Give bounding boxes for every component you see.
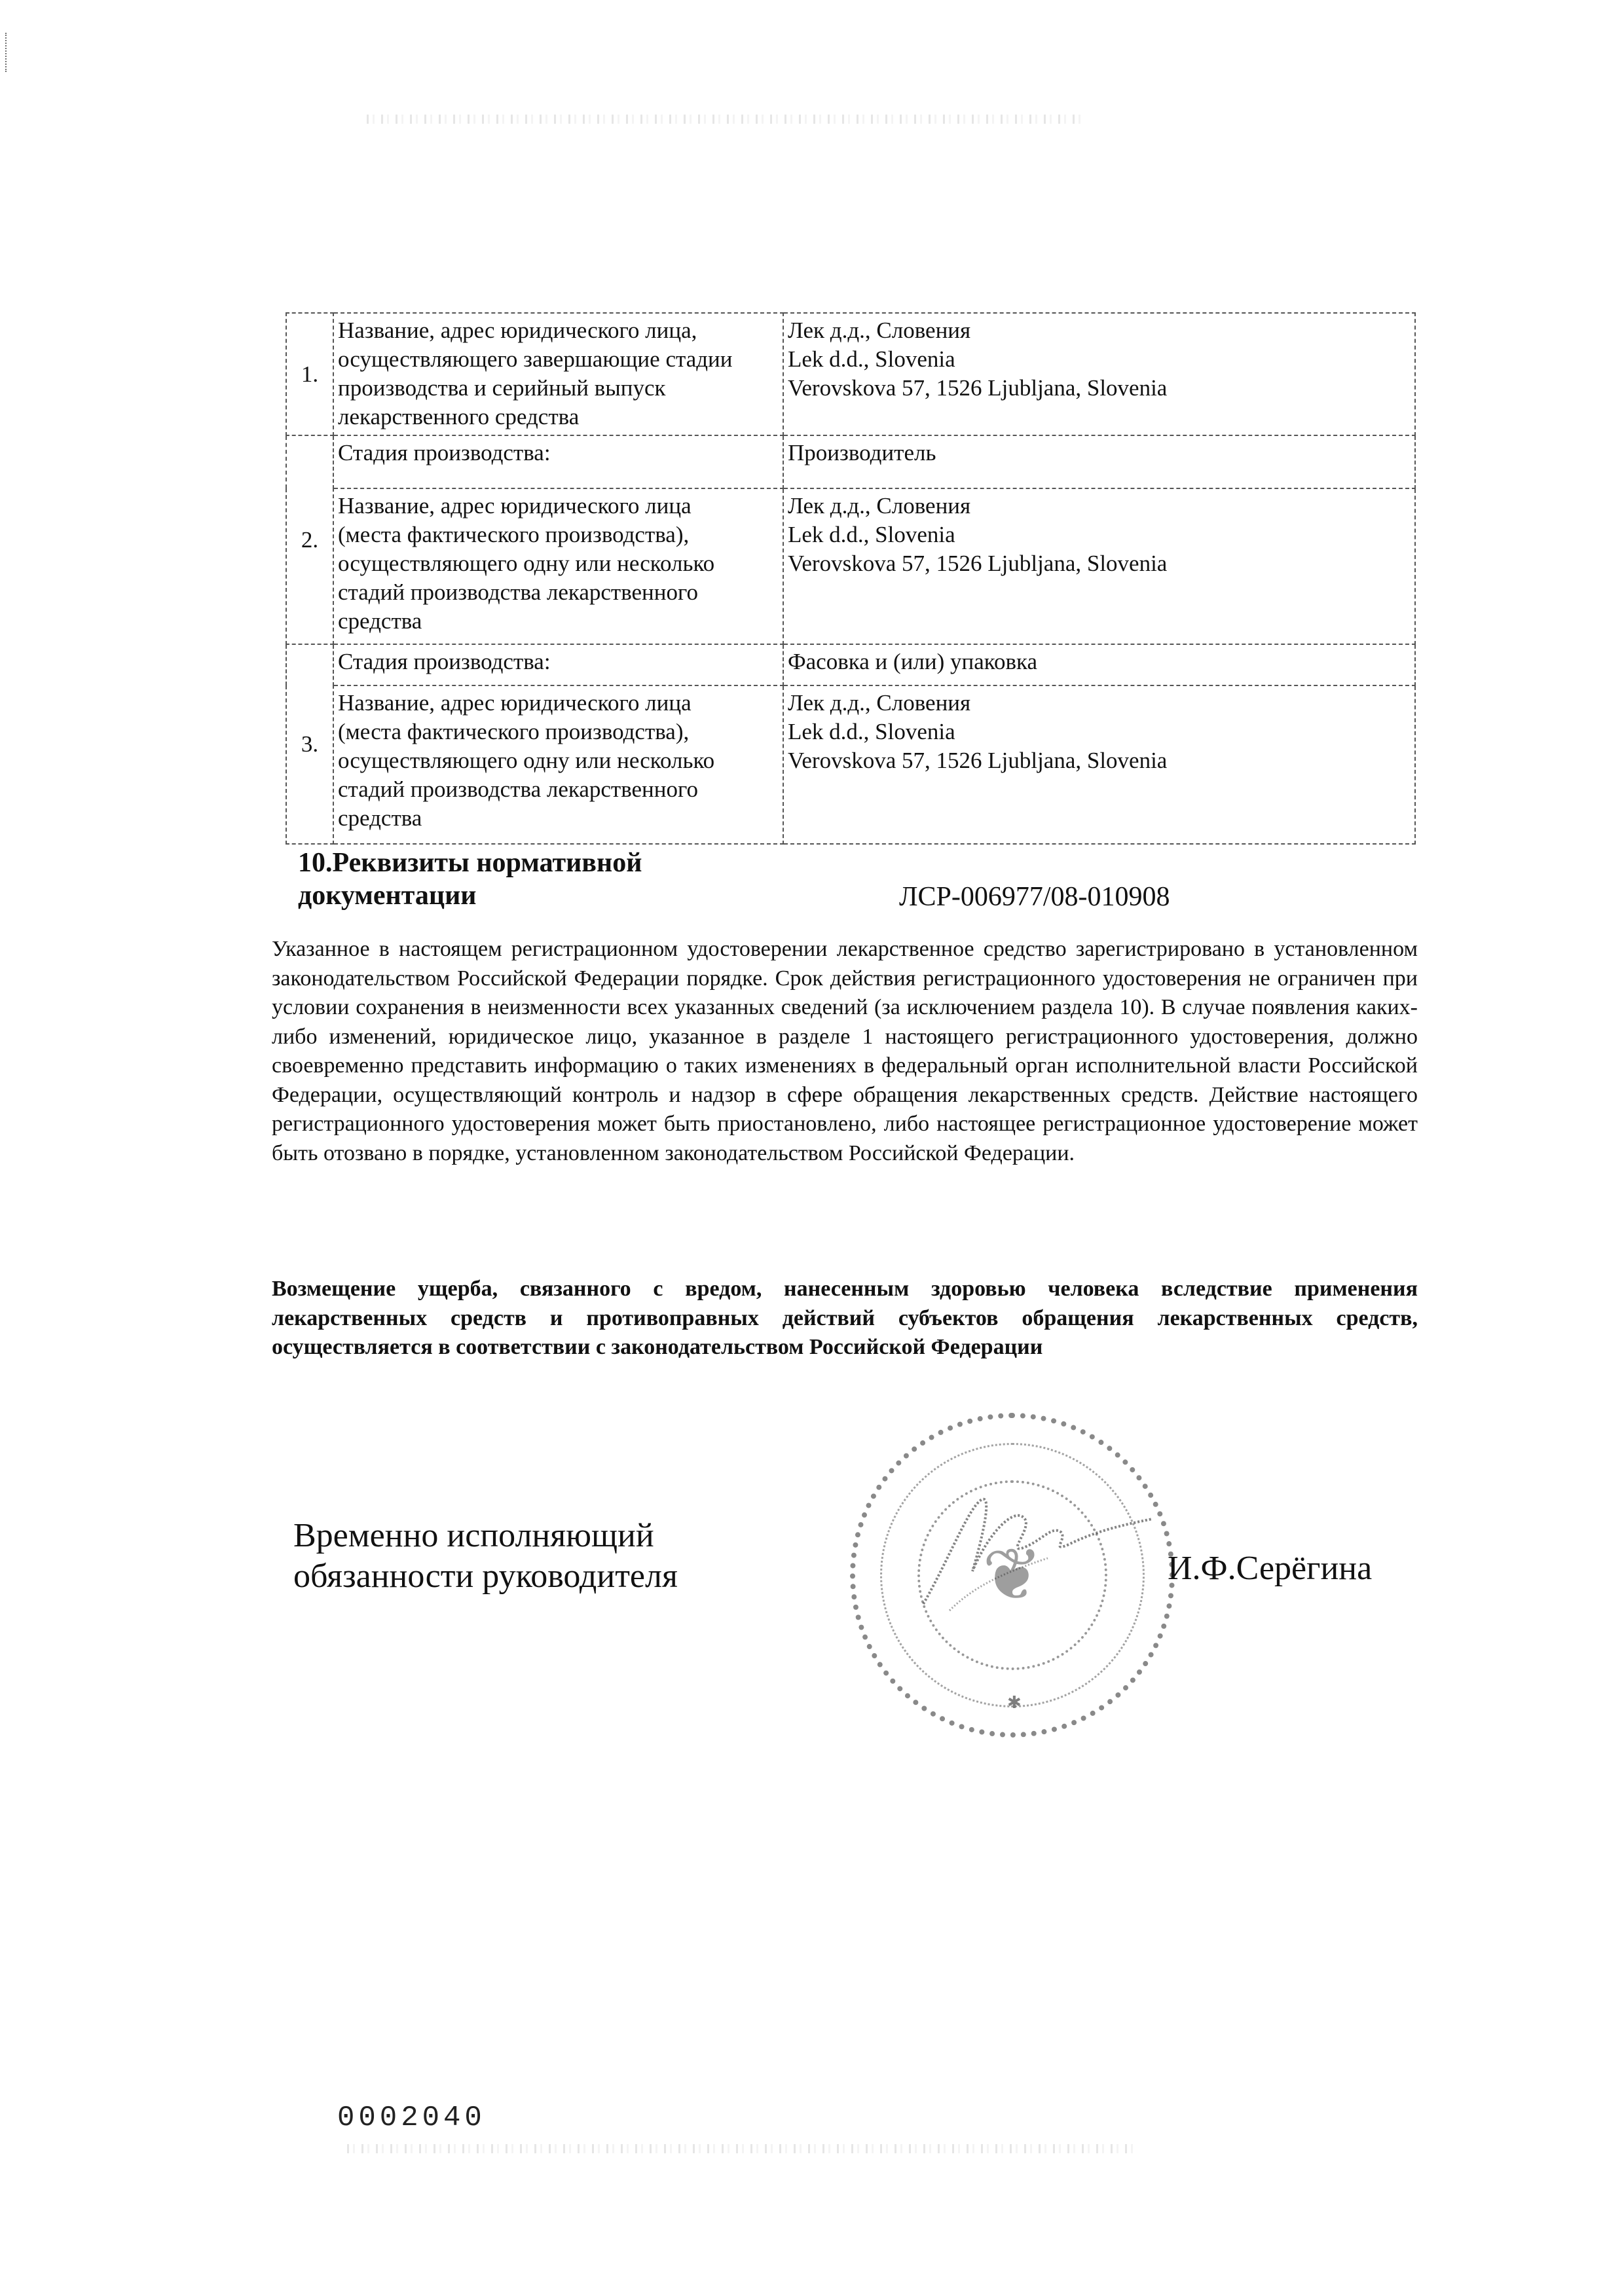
label-line: (места фактического производства), — [338, 520, 780, 549]
scan-artifact-corner — [5, 33, 13, 72]
label-line: производства и серийный выпуск — [338, 374, 780, 403]
table-row-3-stage: 3. Стадия производства: Фасовка и (или) … — [286, 644, 1415, 685]
scan-noise-top — [367, 115, 1087, 124]
stage-label: Стадия производства: — [333, 435, 783, 488]
table-row-1: 1. Название, адрес юридического лица, ос… — [286, 313, 1415, 435]
row-label: Название, адрес юридического лица (места… — [333, 488, 783, 644]
signatory-role-line: Временно исполняющий — [293, 1516, 678, 1556]
stage-value: Производитель — [783, 435, 1415, 488]
label-line: средства — [338, 804, 780, 833]
stamp-star-icon: ✱ — [1007, 1693, 1022, 1713]
table-row-3: Название, адрес юридического лица (места… — [286, 685, 1415, 844]
label-line: стадий производства лекарственного — [338, 578, 780, 607]
value-line: Verovskova 57, 1526 Ljubljana, Slovenia — [788, 746, 1412, 775]
row-number: 2. — [286, 435, 333, 644]
section-10-heading-line: документации — [298, 879, 642, 912]
row-label: Название, адрес юридического лица (места… — [333, 685, 783, 844]
stage-value: Фасовка и (или) упаковка — [783, 644, 1415, 685]
row-value: Лек д.д., Словения Lek d.d., Slovenia Ve… — [783, 313, 1415, 435]
handwritten-signature-icon — [910, 1480, 1159, 1624]
normative-document-number: ЛСР-006977/08-010908 — [899, 881, 1170, 913]
signatory-role: Временно исполняющий обязанности руковод… — [293, 1516, 678, 1597]
label-line: (места фактического производства), — [338, 718, 780, 746]
row-number: 3. — [286, 644, 333, 844]
table-row-2-stage: 2. Стадия производства: Производитель — [286, 435, 1415, 488]
value-line: Лек д.д., Словения — [788, 689, 1412, 718]
label-line: средства — [338, 607, 780, 636]
document-serial-number: 0002040 — [337, 2102, 486, 2134]
label-line: Название, адрес юридического лица — [338, 689, 780, 718]
value-line: Lek d.d., Slovenia — [788, 718, 1412, 746]
label-line: осуществляющего одну или несколько — [338, 746, 780, 775]
row-label: Название, адрес юридического лица, осуще… — [333, 313, 783, 435]
table-row-2: Название, адрес юридического лица (места… — [286, 488, 1415, 644]
value-line: Verovskova 57, 1526 Ljubljana, Slovenia — [788, 374, 1412, 403]
manufacturers-table: 1. Название, адрес юридического лица, ос… — [286, 312, 1416, 845]
label-line: осуществляющего одну или несколько — [338, 549, 780, 578]
signatory-role-line: обязанности руководителя — [293, 1556, 678, 1597]
row-value: Лек д.д., Словения Lek d.d., Slovenia Ve… — [783, 488, 1415, 644]
value-line: Лек д.д., Словения — [788, 492, 1412, 520]
section-10-heading-line: 10.Реквизиты нормативной — [298, 847, 642, 879]
label-line: осуществляющего завершающие стадии — [338, 345, 780, 374]
validity-paragraph: Указанное в настоящем регистрационном уд… — [272, 935, 1418, 1168]
row-number: 1. — [286, 313, 333, 435]
label-line: стадий производства лекарственного — [338, 775, 780, 804]
value-line: Lek d.d., Slovenia — [788, 520, 1412, 549]
stage-label: Стадия производства: — [333, 644, 783, 685]
value-line: Лек д.д., Словения — [788, 316, 1412, 345]
scan-noise-bottom — [347, 2144, 1133, 2153]
label-line: лекарственного средства — [338, 403, 780, 431]
signatory-name: И.Ф.Серёгина — [1168, 1548, 1372, 1589]
label-line: Название, адрес юридического лица, — [338, 316, 780, 345]
row-value: Лек д.д., Словения Lek d.d., Slovenia Ve… — [783, 685, 1415, 844]
label-line: Название, адрес юридического лица — [338, 492, 780, 520]
value-line: Lek d.d., Slovenia — [788, 345, 1412, 374]
section-10-heading: 10.Реквизиты нормативной документации — [298, 847, 642, 912]
value-line: Verovskova 57, 1526 Ljubljana, Slovenia — [788, 549, 1412, 578]
compensation-paragraph: Возмещение ущерба, связанного с вредом, … — [272, 1275, 1418, 1362]
